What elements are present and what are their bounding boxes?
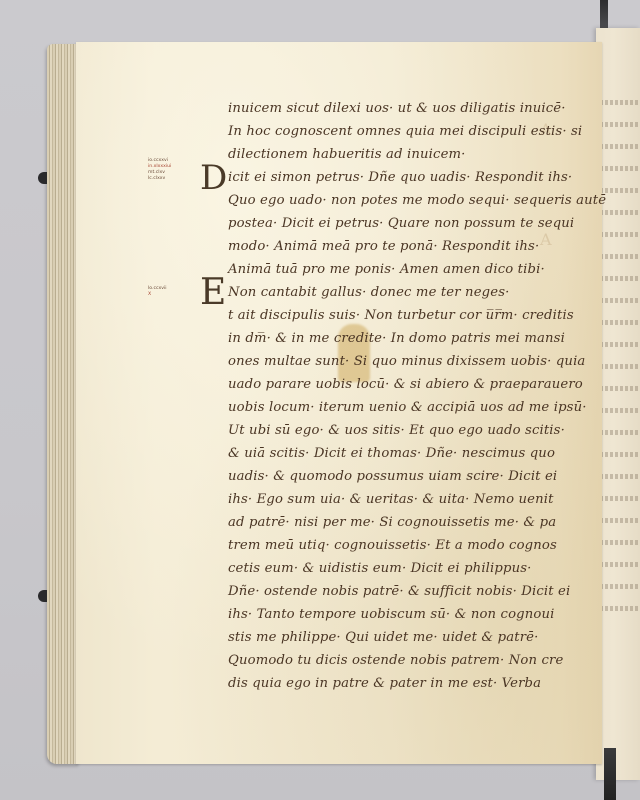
show-through-text (600, 430, 640, 435)
show-through-text (600, 232, 640, 237)
text-line: & uiā scitis· Dicit ei thomas· Dñe· nesc… (228, 442, 555, 466)
text-line: icit ei simon petrus· Dñe quo uadis· Res… (228, 166, 572, 190)
text-line: trem meū utiq· cognouissetis· Et a modo … (228, 534, 557, 558)
text-line: Non cantabit gallus· donec me ter neges· (228, 281, 509, 305)
text-line: uado parare uobis locū· & si abiero & pr… (228, 373, 583, 397)
text-line: ones multae sunt· Si quo minus dixissem … (228, 350, 585, 374)
text-line: In hoc cognoscent omnes quia mei discipu… (228, 120, 582, 144)
text-line: inuicem sicut dilexi uos· ut & uos dilig… (228, 97, 566, 121)
show-through-text (600, 254, 640, 259)
show-through-text (600, 276, 640, 281)
show-through-text (600, 562, 640, 567)
page-block-edge (47, 44, 79, 764)
show-through-text (600, 342, 640, 347)
marginal-note-canon-2: lo.ccxvii X (148, 286, 167, 298)
show-through-text (600, 298, 640, 303)
show-through-text (600, 408, 640, 413)
show-through-text (600, 386, 640, 391)
text-line: Ut ubi sū ego· & uos sitis· Et quo ego u… (228, 419, 565, 443)
initial-d: D (200, 160, 227, 196)
facing-page-edge (596, 28, 640, 780)
text-line: stis me philippe· Qui uidet me· uidet & … (228, 626, 538, 650)
text-line: in dm̅· & in me credite· In domo patris … (228, 327, 565, 351)
text-line: modo· Animā meā pro te ponā· Respondit i… (228, 235, 539, 259)
text-line: Quomodo tu dicis ostende nobis patrem· N… (228, 649, 563, 673)
text-line: uobis locum· iterum uenio & accipiā uos … (228, 396, 587, 420)
show-through-text (600, 540, 640, 545)
show-through-text (600, 606, 640, 611)
show-through-text (600, 144, 640, 149)
show-through-text (600, 518, 640, 523)
text-line: ad patrē· nisi per me· Si cognouissetis … (228, 511, 556, 535)
show-through-text (600, 364, 640, 369)
text-line: cetis eum· & uidistis eum· Dicit ei phil… (228, 557, 532, 581)
show-through-text (600, 166, 640, 171)
text-line: t ait discipulis suis· Non turbetur cor … (228, 304, 574, 328)
show-through-text (600, 496, 640, 501)
text-line: postea· Dicit ei petrus· Quare non possu… (228, 212, 574, 236)
text-line: Quo ego uado· non potes me modo sequi· s… (228, 189, 606, 213)
text-line: Animā tuā pro me ponis· Amen amen dico t… (228, 258, 545, 282)
show-through-text (600, 452, 640, 457)
show-through-text (600, 320, 640, 325)
text-line: Dñe· ostende nobis patrē· & sufficit nob… (228, 580, 570, 604)
facing-leaf-bottom-shadow (604, 748, 616, 800)
text-line: dis quia ego in patre & pater in me est·… (228, 672, 541, 696)
marginal-note-canon-1: io.ccxxvi in.xlxxxiui mt.clxv lc.clxxv (148, 158, 171, 182)
show-through-text (600, 474, 640, 479)
clasp-top (38, 172, 47, 184)
text-line: dilectionem habueritis ad inuicem· (228, 143, 466, 167)
show-through-text (600, 584, 640, 589)
text-line: uadis· & quomodo possumus uiam scire· Di… (228, 465, 557, 489)
text-line: ihs· Ego sum uia· & ueritas· & uita· Nem… (228, 488, 554, 512)
text-line: ihs· Tanto tempore uobiscum sū· & non co… (228, 603, 555, 627)
show-through-text (600, 100, 640, 105)
show-through-text (600, 122, 640, 127)
clasp-bottom (38, 590, 47, 602)
initial-e: E (200, 274, 226, 312)
